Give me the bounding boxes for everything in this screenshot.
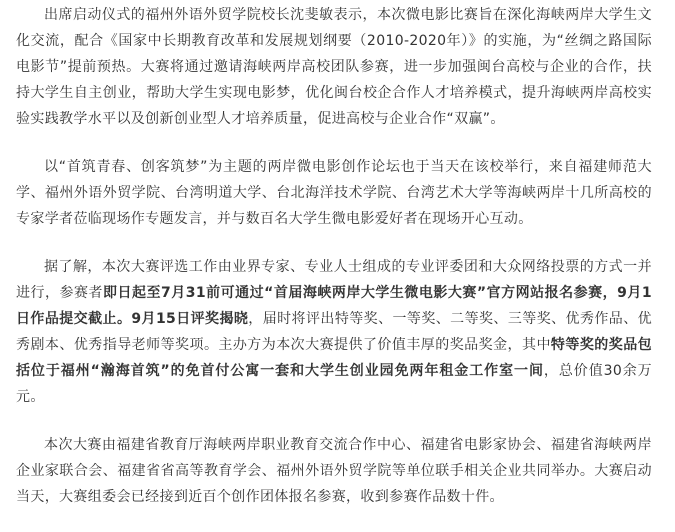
paragraph-text: 本次大赛由福建省教育厅海峡两岸职业教育交流合作中心、福建省电影家协会、福建省海峡… — [16, 437, 652, 504]
paragraph-text: 以“首筑青春、创客筑梦”为主题的两岸微电影创作论坛也于当天在该校举行，来自福建师… — [16, 159, 652, 227]
paragraph-opening-remarks: 出席启动仪式的福州外语外贸学院校长沈斐敏表示，本次微电影比赛旨在深化海峡两岸大学… — [16, 2, 652, 132]
paragraph-organizers: 本次大赛由福建省教育厅海峡两岸职业教育交流合作中心、福建省电影家协会、福建省海峡… — [16, 432, 652, 504]
paragraph-forum: 以“首筑青春、创客筑梦”为主题的两岸微电影创作论坛也于当天在该校举行，来自福建师… — [16, 154, 652, 232]
article-body: 出席启动仪式的福州外语外贸学院校长沈斐敏表示，本次微电影比赛旨在深化海峡两岸大学… — [16, 2, 652, 504]
paragraph-competition-details: 据了解，本次大赛评选工作由业界专家、专业人士组成的专业评委团和大众网络投票的方式… — [16, 254, 652, 410]
paragraph-text: 出席启动仪式的福州外语外贸学院校长沈斐敏表示，本次微电影比赛旨在深化海峡两岸大学… — [16, 7, 652, 127]
